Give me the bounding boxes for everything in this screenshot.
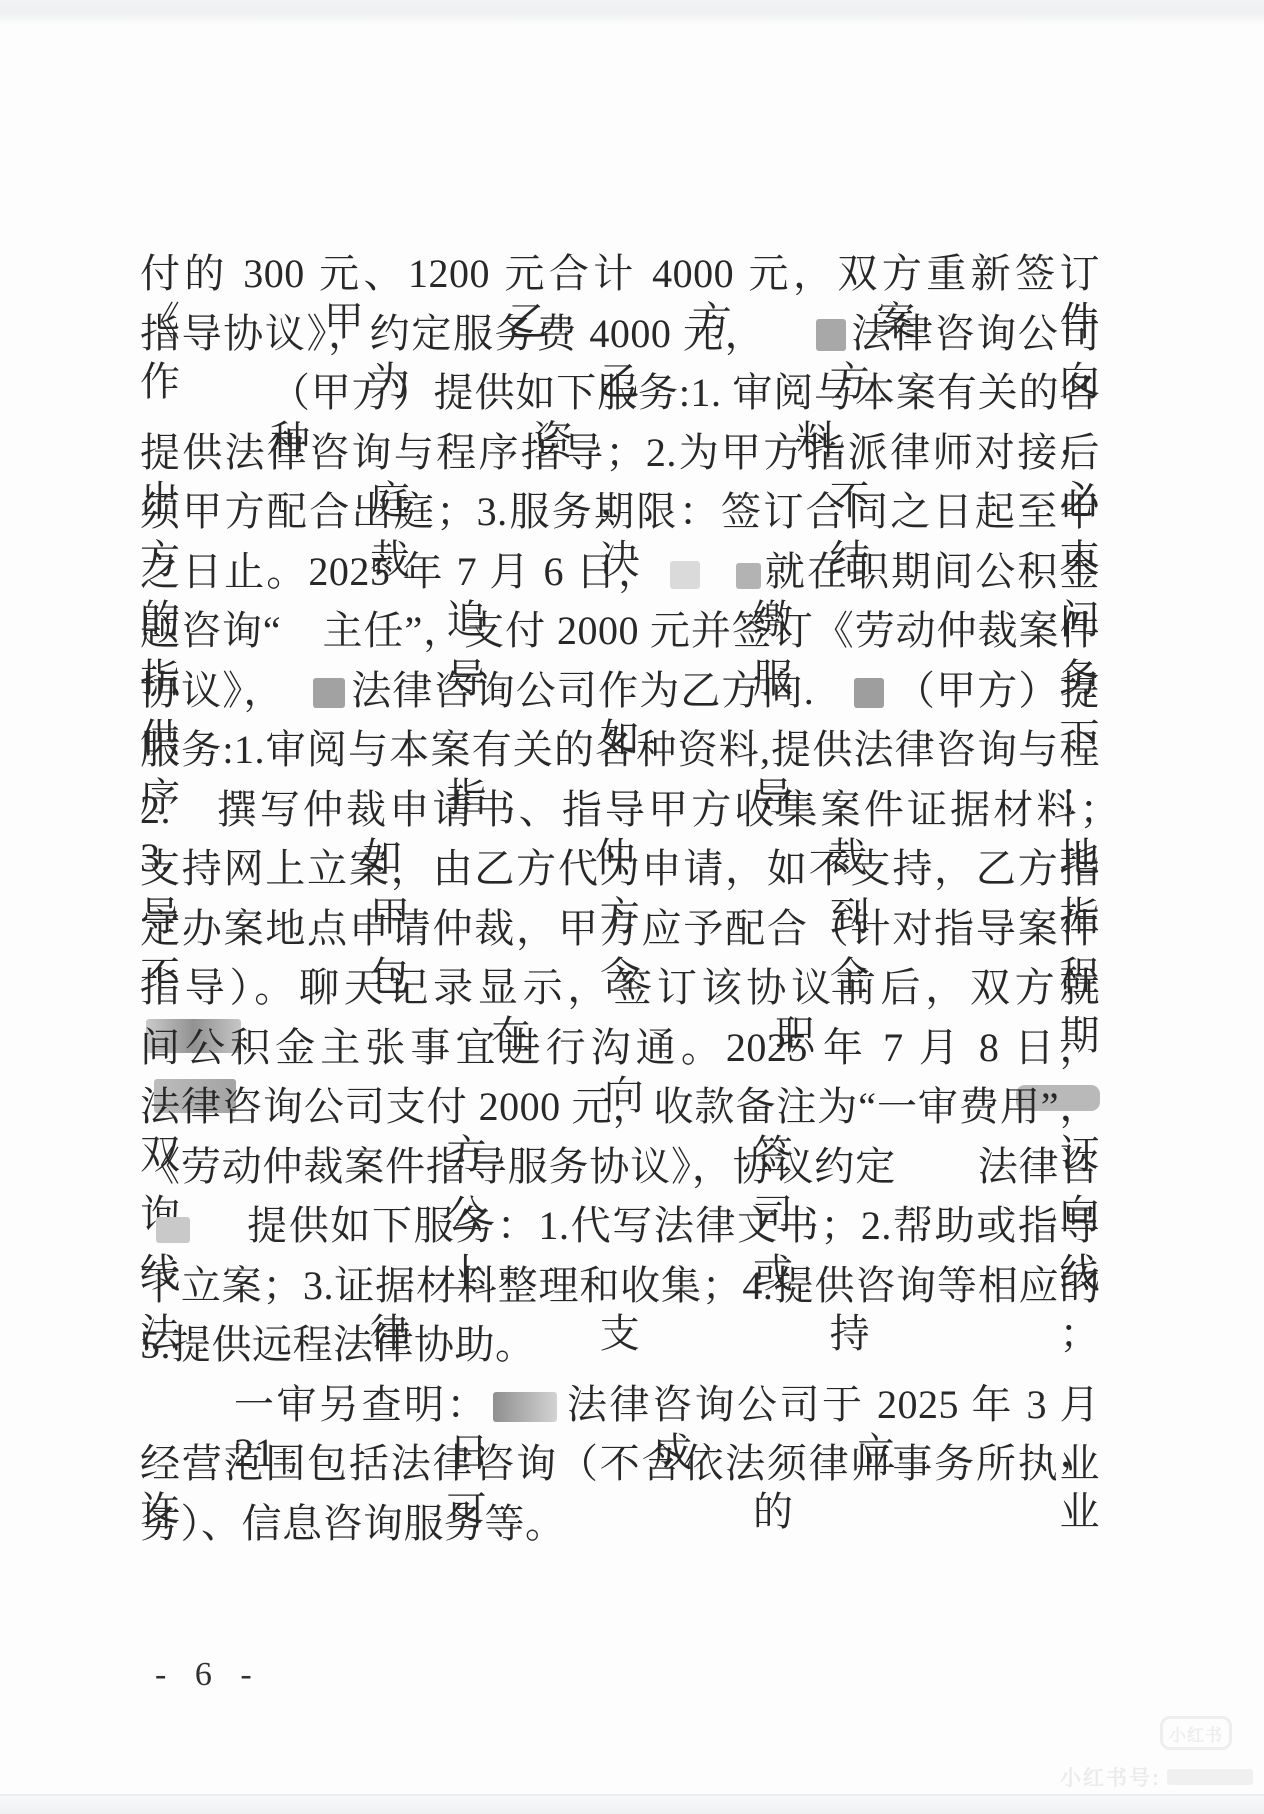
watermark-caption-label: 小红书号: <box>1060 1767 1161 1790</box>
redaction-block <box>854 678 884 708</box>
xiaohongshu-logo-badge: 小红书 <box>1160 1716 1232 1750</box>
redaction-block <box>816 319 846 351</box>
document-page: 付的 300 元、1200 元合计 4000 元，双方重新签订《甲乙方案件指导协… <box>0 0 1264 1814</box>
text-line: 务）、信息咨询服务等。 <box>140 1500 1100 1548</box>
text-line: 5.提供远程法律协助。 <box>140 1321 1100 1369</box>
redaction-block <box>493 1392 557 1422</box>
redaction-block <box>736 563 761 589</box>
redaction-block <box>670 561 700 589</box>
document-text: 付的 300 元、1200 元合计 4000 元，双方重新签订《甲乙方案件指导协… <box>0 0 1264 1814</box>
watermark-caption: 小红书号: <box>1060 1762 1253 1792</box>
watermark-id-blur <box>1167 1769 1253 1785</box>
watermark: 小红书 小红书号: <box>1040 1710 1250 1800</box>
redaction-block <box>156 1217 190 1243</box>
redaction-block <box>313 678 345 708</box>
page-number: - 6 - <box>155 1656 262 1694</box>
photo-bottom-edge <box>0 1794 1264 1814</box>
watermark-brand-text: 小红书 <box>1169 1721 1223 1746</box>
